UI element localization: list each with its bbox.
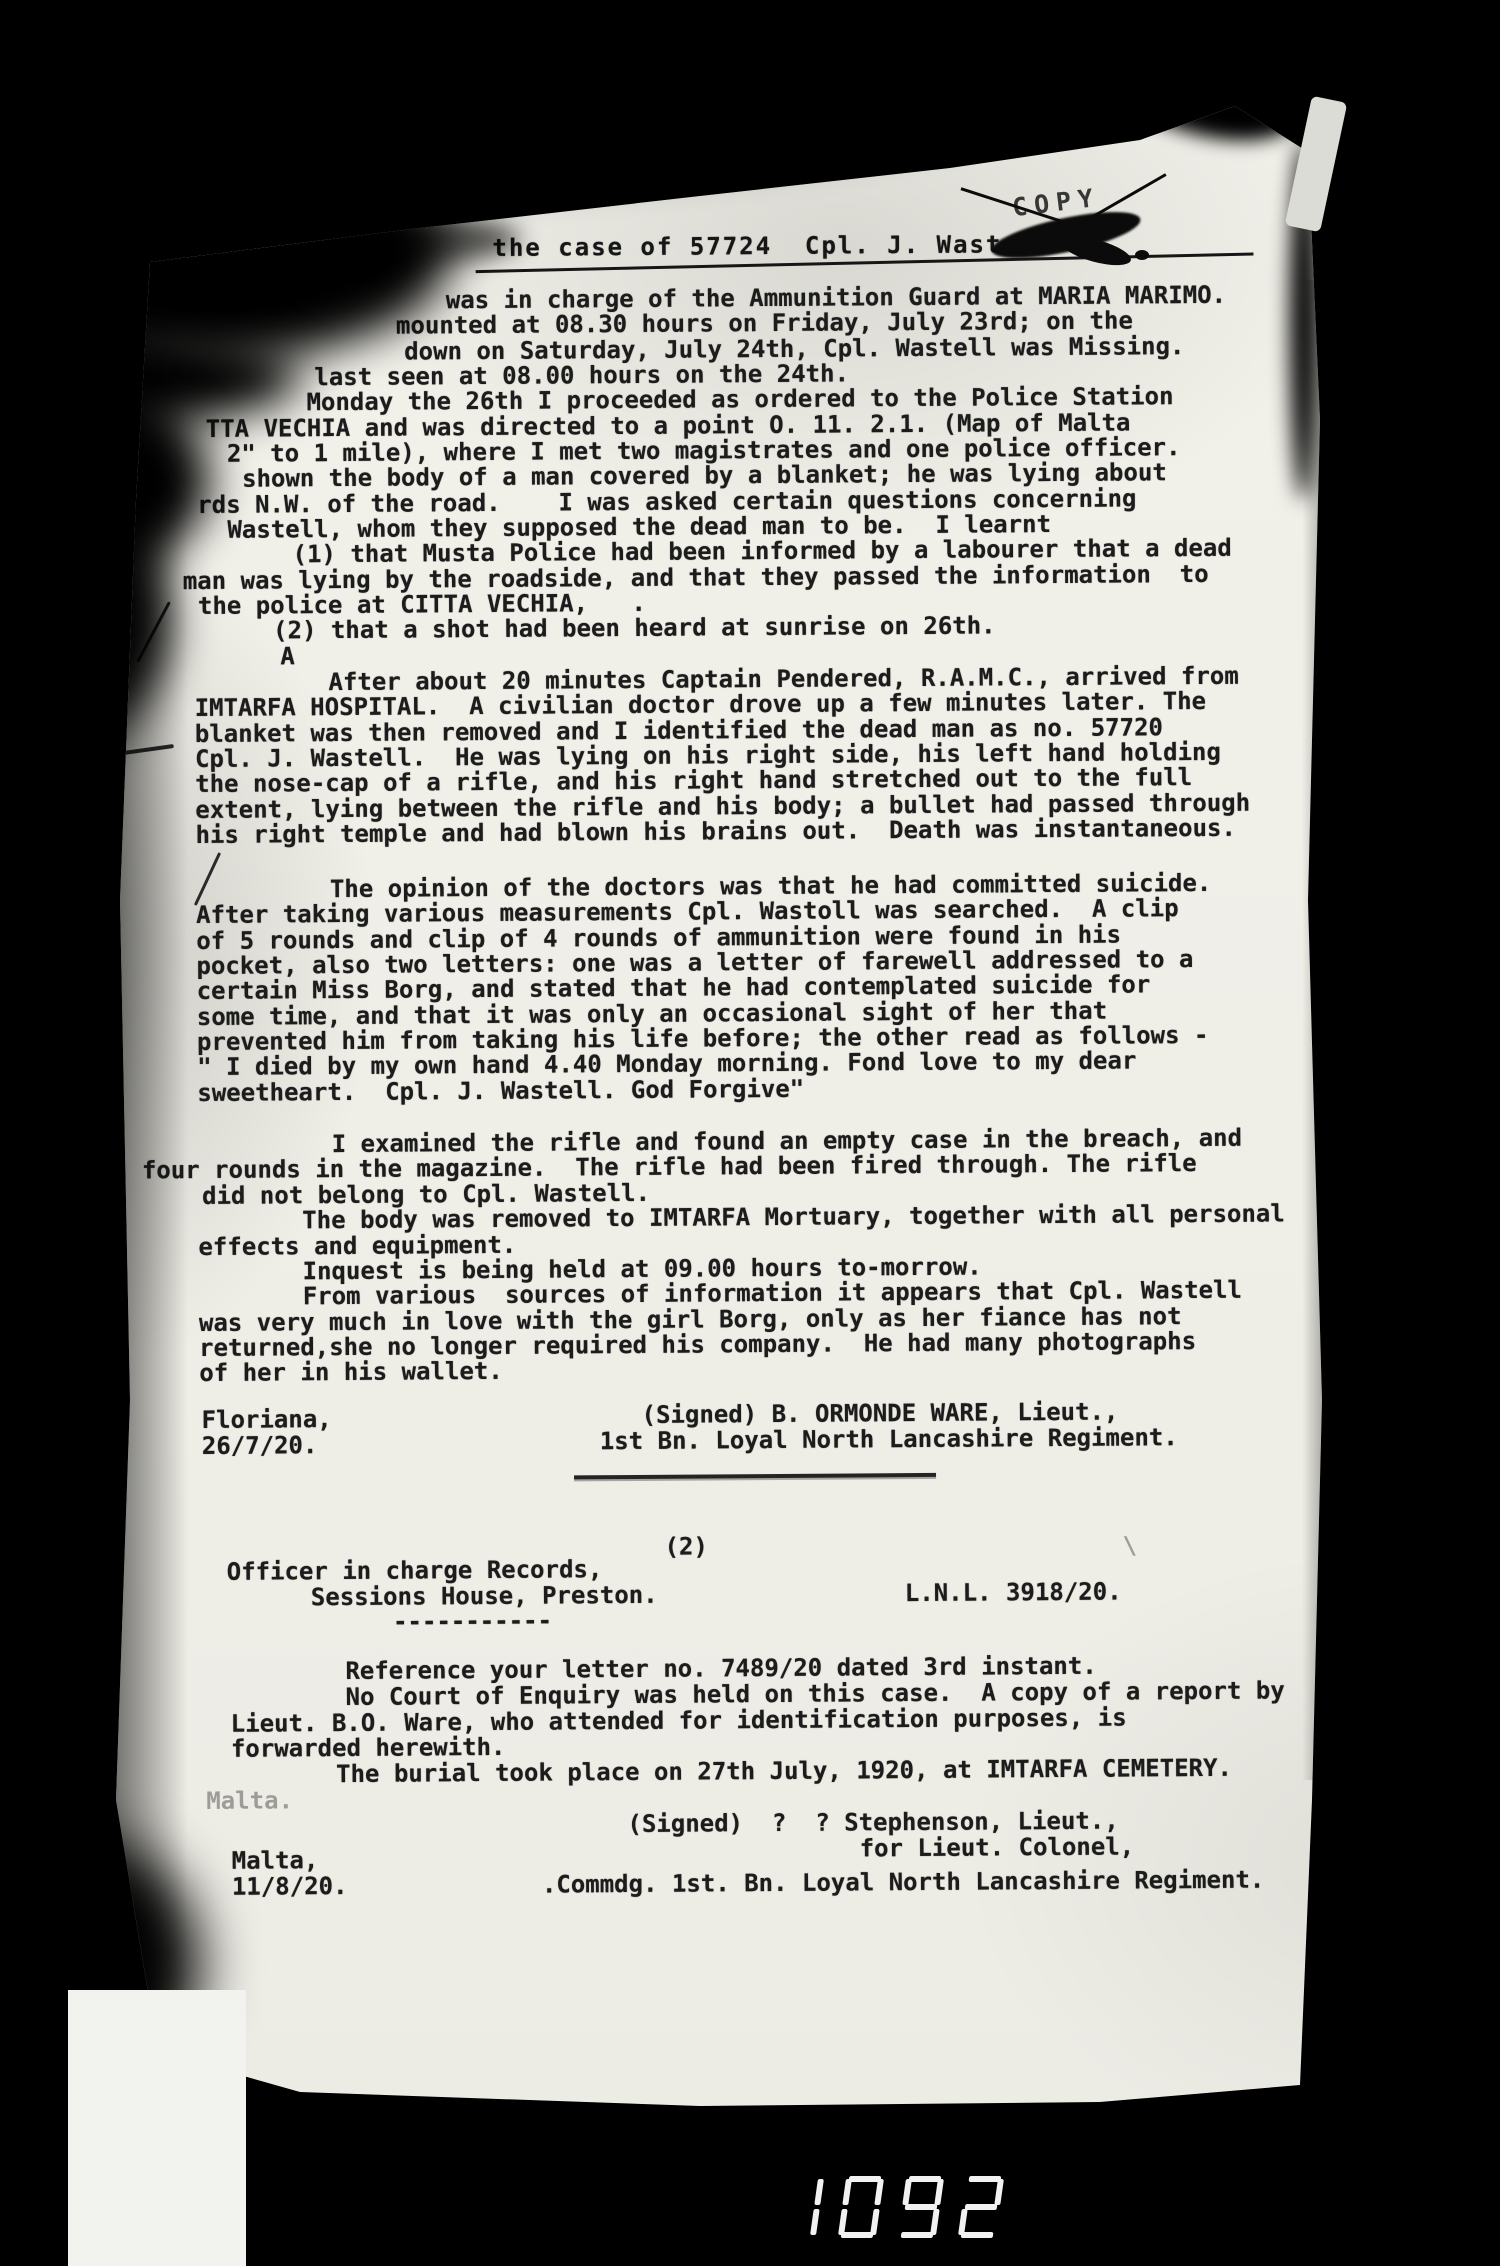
document-line: Malta. <box>206 1788 293 1814</box>
shadow-blob <box>320 215 520 263</box>
document-line: ----------- <box>393 1609 552 1635</box>
document-line: A <box>280 644 295 669</box>
document-line: 11/8/20. <box>232 1874 348 1900</box>
document-title: the case of 57724 Cpl. J. Wastell <box>492 230 1051 262</box>
document-line: his right temple and had blown his brain… <box>195 816 1235 848</box>
document-line: 1st Bn. Loyal North Lancashire Regiment. <box>600 1425 1178 1454</box>
document-line: .Commdg. 1st. Bn. Loyal North Lancashire… <box>542 1868 1265 1898</box>
document-line: (2) that a shot had been heard at sunris… <box>273 613 996 643</box>
document-line: The burial took place on 27th July, 1920… <box>336 1756 1232 1787</box>
document-page: the case of 57724 Cpl. J. Wastell was in… <box>0 0 1500 2266</box>
right-edge-shadow <box>1302 280 1328 1780</box>
document-line: Lieut. B.O. Ware, who attended for ident… <box>231 1706 1127 1737</box>
document-line: for Lieut. Colonel, <box>860 1835 1135 1862</box>
document-line: forwarded herewith. <box>231 1735 506 1762</box>
seven-segment-digit <box>958 2176 1005 2238</box>
document-line: sweetheart. Cpl. J. Wastell. God Forgive… <box>197 1077 804 1106</box>
signature-divider <box>574 1473 936 1480</box>
film-marker <box>68 1990 246 2266</box>
frame-counter <box>782 2176 1022 2240</box>
document-line: L.N.L. 3918/20. <box>905 1580 1122 1607</box>
document-line: Malta, <box>232 1848 319 1874</box>
document-line: \ <box>1122 1533 1137 1558</box>
document-line: four rounds in the magazine. The rifle h… <box>142 1151 1197 1183</box>
document-line: Floriana, <box>202 1407 332 1433</box>
seven-segment-digit <box>898 2176 945 2238</box>
document-line: 26/7/20. <box>202 1433 318 1459</box>
document-line: The body was removed to IMTARFA Mortuary… <box>302 1201 1285 1233</box>
scan-root: the case of 57724 Cpl. J. Wastell was in… <box>0 0 1500 2266</box>
ink-dot-icon <box>1135 250 1149 260</box>
document-line: man was lying by the roadside, and that … <box>183 562 1209 594</box>
document-line: (2) <box>664 1534 708 1559</box>
left-edge-shadow <box>110 150 188 2106</box>
seven-segment-digit <box>778 2176 825 2238</box>
document-line: returned,she no longer required his comp… <box>199 1329 1196 1361</box>
seven-segment-digit <box>838 2176 885 2238</box>
document-line: of her in his wallet. <box>199 1359 503 1386</box>
